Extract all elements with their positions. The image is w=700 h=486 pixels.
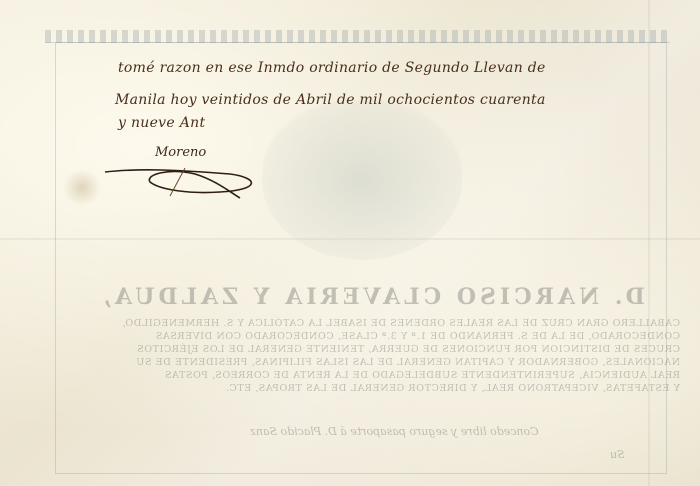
mirrored-print-title: D. NARCISO CLAVERIA Y ZALDUA, [62, 284, 682, 310]
handwritten-line-1: tomé razon en ese Inmdo ordinario de Seg… [118, 60, 546, 76]
signature-name: Moreno [155, 145, 206, 160]
mirrored-print-line: NACIONALES, GOBERNADOR Y CAPITAN GENERAL… [90, 357, 680, 368]
ink-stain [62, 170, 102, 205]
handwritten-line-3: y nueve Ant [118, 115, 205, 131]
handwritten-line-2: Manila hoy veintidos de Abril de mil och… [115, 92, 546, 108]
mirrored-print-line: REAL AUDIENCIA, SUPERINTENDENTE SUBDELEG… [90, 370, 680, 381]
mirrored-print-line: CABALLERO GRAN CRUZ DE LAS REALES ORDENE… [90, 318, 680, 329]
signature-rubric-icon [100, 160, 270, 205]
mirrored-lower-text: Concedo libre y seguro pasaporte á D. Pl… [250, 425, 539, 438]
embossed-seal-coat-of-arms [262, 100, 462, 260]
mirrored-print-line: CONDECORADO, DE LA DE S. FERNANDO DE 1.ª… [90, 331, 680, 342]
mirrored-lower-label: Su [610, 448, 625, 461]
mirrored-print-line: Y ESTAFETAS, VICEPATRONO REAL, Y DIRECTO… [90, 383, 680, 394]
mirrored-print-line: CRUCES DE DISTINCION POR FUNCIONES DE GU… [90, 344, 680, 355]
